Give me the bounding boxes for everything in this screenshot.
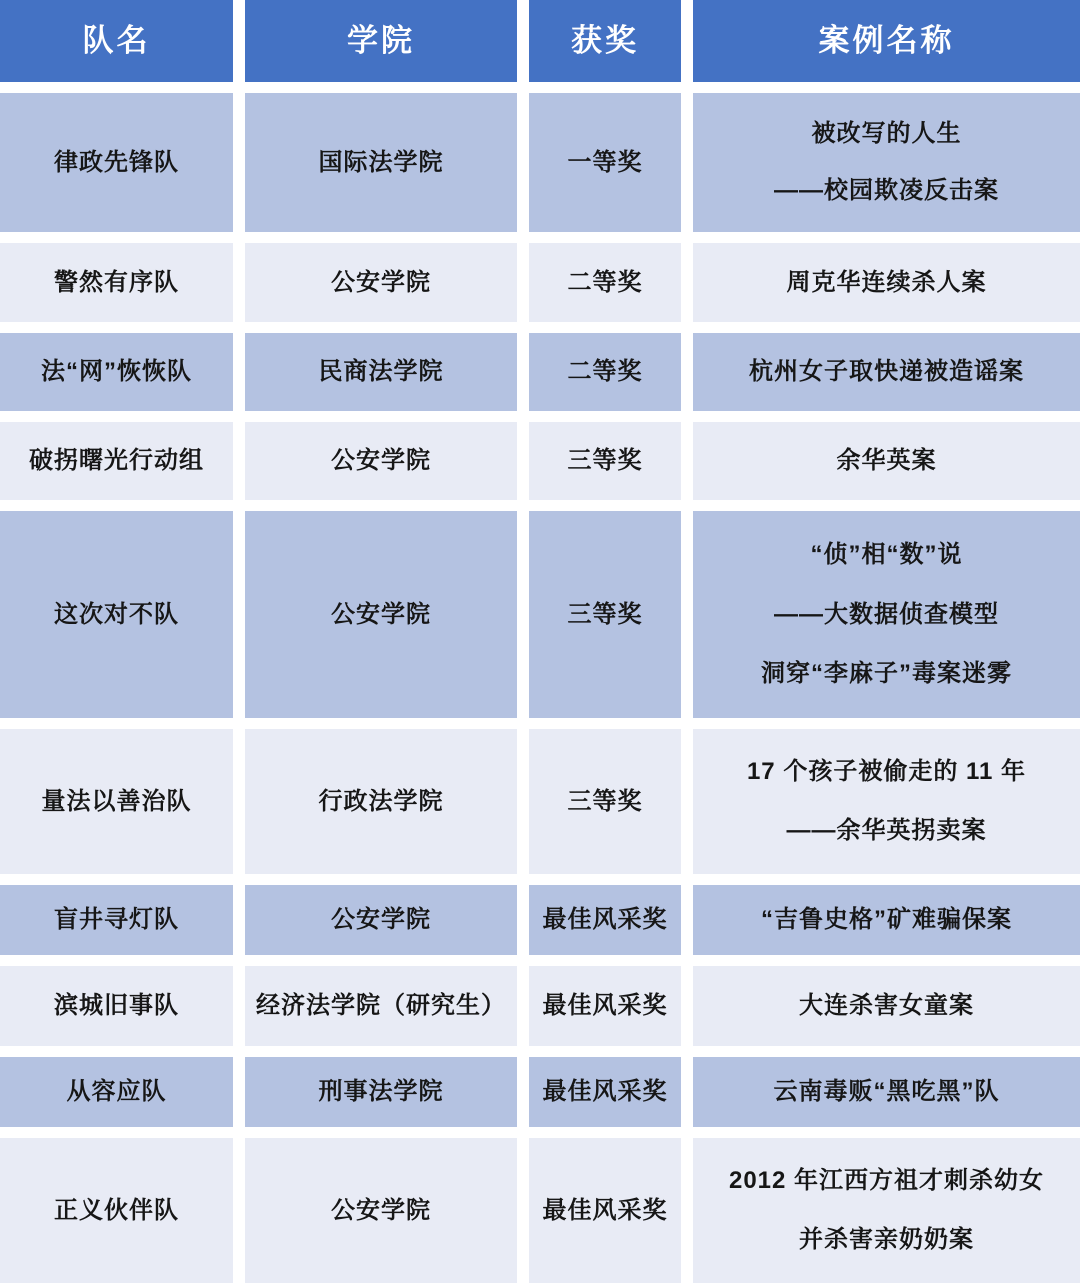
cell-team: 警然有序队 <box>0 243 233 322</box>
cell-college: 公安学院 <box>245 243 517 322</box>
cell-college: 公安学院 <box>245 1138 517 1283</box>
cell-case: 2012 年江西方祖才刺杀幼女 并杀害亲奶奶案 <box>693 1138 1080 1283</box>
case-line: ——余华英拐卖案 <box>787 816 987 846</box>
cell-team: 破拐曙光行动组 <box>0 422 233 500</box>
cell-team: 盲井寻灯队 <box>0 885 233 955</box>
case-line: 并杀害亲奶奶案 <box>799 1225 974 1255</box>
case-line: 被改写的人生 <box>812 119 962 149</box>
case-line: ——大数据侦查模型 <box>774 600 999 630</box>
cell-case: 杭州女子取快递被造谣案 <box>693 333 1080 411</box>
cell-case: 大连杀害女童案 <box>693 966 1080 1046</box>
cell-award: 最佳风采奖 <box>529 1057 681 1127</box>
cell-award: 二等奖 <box>529 333 681 411</box>
cell-case: “侦”相“数”说 ——大数据侦查模型 洞穿“李麻子”毒案迷雾 <box>693 511 1080 718</box>
cell-award: 二等奖 <box>529 243 681 322</box>
case-line: 17 个孩子被偷走的 11 年 <box>747 757 1026 787</box>
case-line: 2012 年江西方祖才刺杀幼女 <box>729 1166 1044 1196</box>
cell-award: 最佳风采奖 <box>529 966 681 1046</box>
header-cell-case: 案例名称 <box>693 0 1080 82</box>
case-line: ——校园欺凌反击案 <box>774 176 999 206</box>
cell-case: 云南毒贩“黑吃黑”队 <box>693 1057 1080 1127</box>
cell-case: 余华英案 <box>693 422 1080 500</box>
cell-team: 从容应队 <box>0 1057 233 1127</box>
awards-table-page: 队名 学院 获奖 案例名称 律政先锋队 国际法学院 一等奖 被改写的人生 ——校… <box>0 0 1080 1283</box>
cell-case: “吉鲁史格”矿难骗保案 <box>693 885 1080 955</box>
cell-award: 三等奖 <box>529 729 681 874</box>
header-cell-award: 获奖 <box>529 0 681 82</box>
cell-college: 公安学院 <box>245 511 517 718</box>
cell-award: 三等奖 <box>529 511 681 718</box>
cell-team: 滨城旧事队 <box>0 966 233 1046</box>
cell-case: 17 个孩子被偷走的 11 年 ——余华英拐卖案 <box>693 729 1080 874</box>
cell-team: 量法以善治队 <box>0 729 233 874</box>
cell-college: 公安学院 <box>245 885 517 955</box>
cell-award: 最佳风采奖 <box>529 885 681 955</box>
cell-award: 三等奖 <box>529 422 681 500</box>
cell-team: 法“网”恢恢队 <box>0 333 233 411</box>
cell-college: 经济法学院（研究生） <box>245 966 517 1046</box>
cell-college: 刑事法学院 <box>245 1057 517 1127</box>
header-cell-college: 学院 <box>245 0 517 82</box>
cell-case: 周克华连续杀人案 <box>693 243 1080 322</box>
cell-team: 这次对不队 <box>0 511 233 718</box>
cell-college: 公安学院 <box>245 422 517 500</box>
cell-award: 最佳风采奖 <box>529 1138 681 1283</box>
cell-team: 正义伙伴队 <box>0 1138 233 1283</box>
cell-college: 民商法学院 <box>245 333 517 411</box>
cell-college: 国际法学院 <box>245 93 517 232</box>
case-line: 洞穿“李麻子”毒案迷雾 <box>761 659 1012 689</box>
cell-award: 一等奖 <box>529 93 681 232</box>
cell-team: 律政先锋队 <box>0 93 233 232</box>
cell-case: 被改写的人生 ——校园欺凌反击案 <box>693 93 1080 232</box>
cell-college: 行政法学院 <box>245 729 517 874</box>
case-line: “侦”相“数”说 <box>811 540 963 570</box>
header-cell-team: 队名 <box>0 0 233 82</box>
awards-table: 队名 学院 获奖 案例名称 律政先锋队 国际法学院 一等奖 被改写的人生 ——校… <box>0 0 1080 1283</box>
